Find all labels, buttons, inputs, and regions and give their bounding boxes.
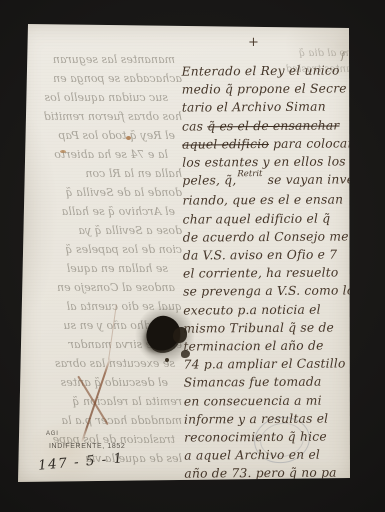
manuscript-text-segment: mismo Tribunal q̃ se de	[183, 320, 334, 335]
manuscript-text-segment: da V.S. aviso en Ofio e 7	[183, 248, 337, 263]
bleedthrough-line: achacadas se ponga en	[30, 69, 182, 88]
manuscript-text-segment: Simancas fue tomada	[184, 375, 322, 390]
corner-pen-mark: ſ	[341, 51, 345, 62]
manuscript-line: tario el Archivo Siman	[182, 98, 352, 117]
bleedthrough-line: remita la relacion q̃	[30, 392, 182, 411]
manuscript-line: Simancas fue tomada	[184, 373, 354, 392]
manuscript-line: da V.S. aviso en Ofio e 7	[183, 245, 353, 264]
manuscript-line: el corriente, ha resuelto	[183, 264, 353, 283]
manuscript-text-segment: terminacion el año de	[183, 339, 323, 354]
manuscript-line: executo p.a noticia el	[183, 300, 353, 319]
bleedthrough-line: andose al Consejo en	[30, 278, 182, 297]
manuscript-text-segment: se vayan inventa	[263, 172, 375, 187]
manuscript-text-segment: riando, que es el e ensan	[182, 193, 343, 208]
bleedthrough-line: suc cuidan aquello los	[30, 88, 182, 107]
manuscript-text-segment: char aquel edificio el q̃	[183, 211, 331, 226]
ink-blot-droplet	[165, 358, 169, 362]
manuscript-page: manantes las seguranachacadas se ponga e…	[16, 22, 354, 484]
manuscript-text-segment: se prevenga a V.S. como lo	[183, 284, 354, 299]
manuscript-text-segment: tario el Archivo Siman	[182, 100, 326, 115]
struck-text: aquel edificio	[182, 137, 269, 152]
manuscript-line: informe y a resultas el	[184, 409, 354, 428]
bleedthrough-line: manantes las seguran	[30, 50, 182, 69]
manuscript-text-segment: a aquel Archivo en el	[184, 448, 320, 463]
interlinear-insertion: Retrit	[237, 165, 262, 183]
manuscript-text-segment: los estantes y en ellos los Pa	[182, 154, 365, 169]
manuscript-text-segment: executo p.a noticia el	[183, 302, 321, 317]
manuscript-line: se prevenga a V.S. como lo	[183, 282, 353, 301]
manuscript-line: a aquel Archivo en el	[184, 446, 354, 465]
manuscript-line: cas q̃ es el de ensanchar	[182, 116, 352, 135]
manuscript-line: riando, que es el e ensan	[182, 191, 352, 210]
manuscript-line: 74 p.a ampliar el Castillo	[184, 355, 354, 374]
manuscript-text-segment: el corriente, ha resuelto	[183, 266, 339, 281]
manuscript-line: mismo Tribunal q̃ se de	[183, 318, 353, 337]
bleedthrough-line: se hallan en aquel	[30, 259, 182, 278]
manuscript-line: año de 73. pero q̃ no pa	[184, 464, 354, 483]
bleedthrough-line: el Rey q̃ todo los Pap	[30, 126, 182, 145]
manuscript-text: Enterado el Rey el unicomedio q̃ propone…	[182, 61, 355, 483]
manuscript-line: en consecuencia a mi	[184, 391, 354, 410]
manuscript-text-segment: medio q̃ propone el Secre	[182, 82, 347, 97]
manuscript-line: peles, q̃,Retrit se vayan inventa	[182, 171, 352, 192]
manuscript-line: aquel edificio para colocar	[182, 134, 352, 153]
manuscript-text-segment: reconocimiento q̃ hice	[184, 430, 327, 445]
manuscript-text-segment: cas	[182, 119, 207, 133]
manuscript-text-segment: 74 p.a ampliar el Castillo	[184, 357, 346, 372]
ink-bleedthrough-left: manantes las seguranachacadas se ponga e…	[30, 50, 182, 468]
manuscript-line: medio q̃ propone el Secre	[182, 80, 352, 99]
manuscript-line: terminacion el año de	[183, 336, 353, 355]
bleedthrough-line: el descuido q̃ antes	[30, 373, 182, 392]
cross-mark: +	[248, 35, 259, 50]
archive-series-label: INDIFERENTE, 1852	[49, 443, 125, 450]
bleedthrough-line: no al dia q̃	[254, 46, 352, 62]
bleedthrough-line: cion de los papeles q̃	[30, 240, 182, 259]
archive-repository-label: AGI	[46, 431, 59, 437]
manuscript-line: Enterado el Rey el unico	[182, 61, 352, 80]
bleedthrough-line: hos obras fueron remitid	[30, 107, 182, 126]
struck-text: q̃ es el de ensanchar	[207, 118, 339, 133]
photo-background: manantes las seguranachacadas se ponga e…	[0, 0, 385, 512]
manuscript-text-segment: Enterado el Rey el unico	[182, 63, 340, 78]
rust-speck	[126, 136, 131, 140]
manuscript-text-segment: de acuerdo al Consejo me	[183, 229, 349, 244]
manuscript-line: char aquel edificio el q̃	[183, 209, 353, 228]
manuscript-text-segment: año de 73. pero q̃ no pa	[184, 466, 336, 481]
manuscript-line: de acuerdo al Consejo me	[183, 227, 353, 246]
bleedthrough-line: halla en la Rl con	[30, 164, 182, 183]
manuscript-text-segment: en consecuencia a mi	[184, 393, 322, 408]
manuscript-text-segment: informe y a resultas el	[184, 411, 328, 426]
rust-speck	[60, 150, 66, 153]
bleedthrough-line: la e 74 se ha abierto	[30, 145, 182, 164]
manuscript-text-segment: para colocar	[269, 136, 354, 151]
manuscript-line: los estantes y en ellos los Pa	[182, 152, 352, 171]
manuscript-line: reconocimiento q̃ hice	[184, 427, 354, 446]
bleedthrough-line: dose a Sevilla q̃ ya	[30, 221, 182, 240]
bleedthrough-line: donde la de Sevilla q̃	[30, 183, 182, 202]
bleedthrough-line: el Archivo q̃ se halla	[30, 202, 182, 221]
manuscript-text-segment: peles, q̃,	[182, 173, 236, 187]
